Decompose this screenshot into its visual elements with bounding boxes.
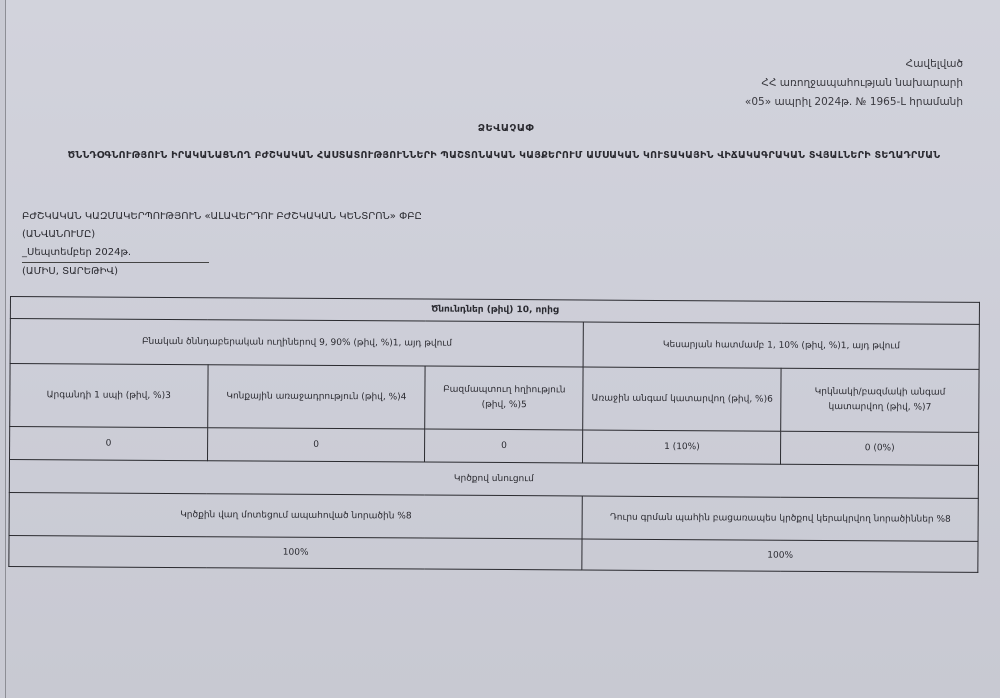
value-cell: 0 <box>425 429 583 463</box>
document-page: Հավելված ՀՀ առողջապահության նախարարի «05… <box>5 0 1000 698</box>
group-cesarean: Կեսարյան հատմամբ 1, 10% (թիվ, %)1, այդ թ… <box>584 322 980 369</box>
group-natural-births: Բնական ծննդաբերական ուղիներով 9, 90% (թի… <box>10 319 584 368</box>
reporting-period: _Սեպտեմբեր 2024թ. <box>22 244 209 263</box>
value-cell: 0 (0%) <box>781 431 979 465</box>
column-header: Կրկնակի/բազմակի անգամ կատարվող (թիվ, %)7 <box>781 368 979 432</box>
breastfeeding-column-header: Դուրս գրման պահին բացառապես կրծքով կերակ… <box>582 496 978 541</box>
approval-line-3: «05» ապրիլ 2024թ. № 1965-Լ հրամանի <box>745 93 963 112</box>
reporting-period-caption: (ԱՄԻՍ, ՏԱՐԵԹԻՎ) <box>22 263 422 281</box>
breastfeeding-column-header: Կրծքին վաղ մոտեցում ապահոված նորածին %8 <box>9 492 583 539</box>
approval-line-1: Հավելված <box>745 55 963 74</box>
value-cell: 0 <box>10 427 208 461</box>
value-cell: 0 <box>207 428 425 462</box>
column-header: Արգանդի 1 սպի (թիվ, %)3 <box>10 364 208 428</box>
approval-stamp: Հավելված ՀՀ առողջապահության նախարարի «05… <box>745 55 963 112</box>
column-header: Առաջին անգամ կատարվող (թիվ, %)6 <box>583 367 781 431</box>
column-header: Կոնքային առաջադրություն (թիվ, %)4 <box>207 365 425 429</box>
approval-line-2: ՀՀ առողջապահության նախարարի <box>745 74 963 93</box>
value-cell: 1 (10%) <box>583 430 781 464</box>
organization-name: ԲԺՇԿԱԿԱՆ ԿԱԶՄԱԿԵՐՊՈՒԹՅՈՒՆ «ԱԼԱՎԵՐԴՈՒ ԲԺՇ… <box>22 208 422 226</box>
birth-statistics-table: Ծնունդներ (թիվ) 10, որից Բնական ծննդաբեր… <box>8 296 980 573</box>
document-title: ԾՆՆԴՕԳՆՈՒԹՅՈՒՆ ԻՐԱԿԱՆԱՑՆՈՂ ԲԺՇԿԱԿԱՆ ՀԱՍՏ… <box>24 146 984 166</box>
organization-name-caption: (ԱՆՎԱՆՈՒՄԸ) <box>22 226 422 244</box>
value-cell: 100% <box>582 539 978 572</box>
column-header: Բազմապտուղ հղիություն (թիվ, %)5 <box>425 366 584 430</box>
value-cell: 100% <box>9 535 583 570</box>
form-title: ՁԵՎԱՉԱՓ <box>6 123 1000 134</box>
organization-block: ԲԺՇԿԱԿԱՆ ԿԱԶՄԱԿԵՐՊՈՒԹՅՈՒՆ «ԱԼԱՎԵՐԴՈՒ ԲԺՇ… <box>22 208 422 281</box>
table-row: 100% 100% <box>9 535 978 572</box>
